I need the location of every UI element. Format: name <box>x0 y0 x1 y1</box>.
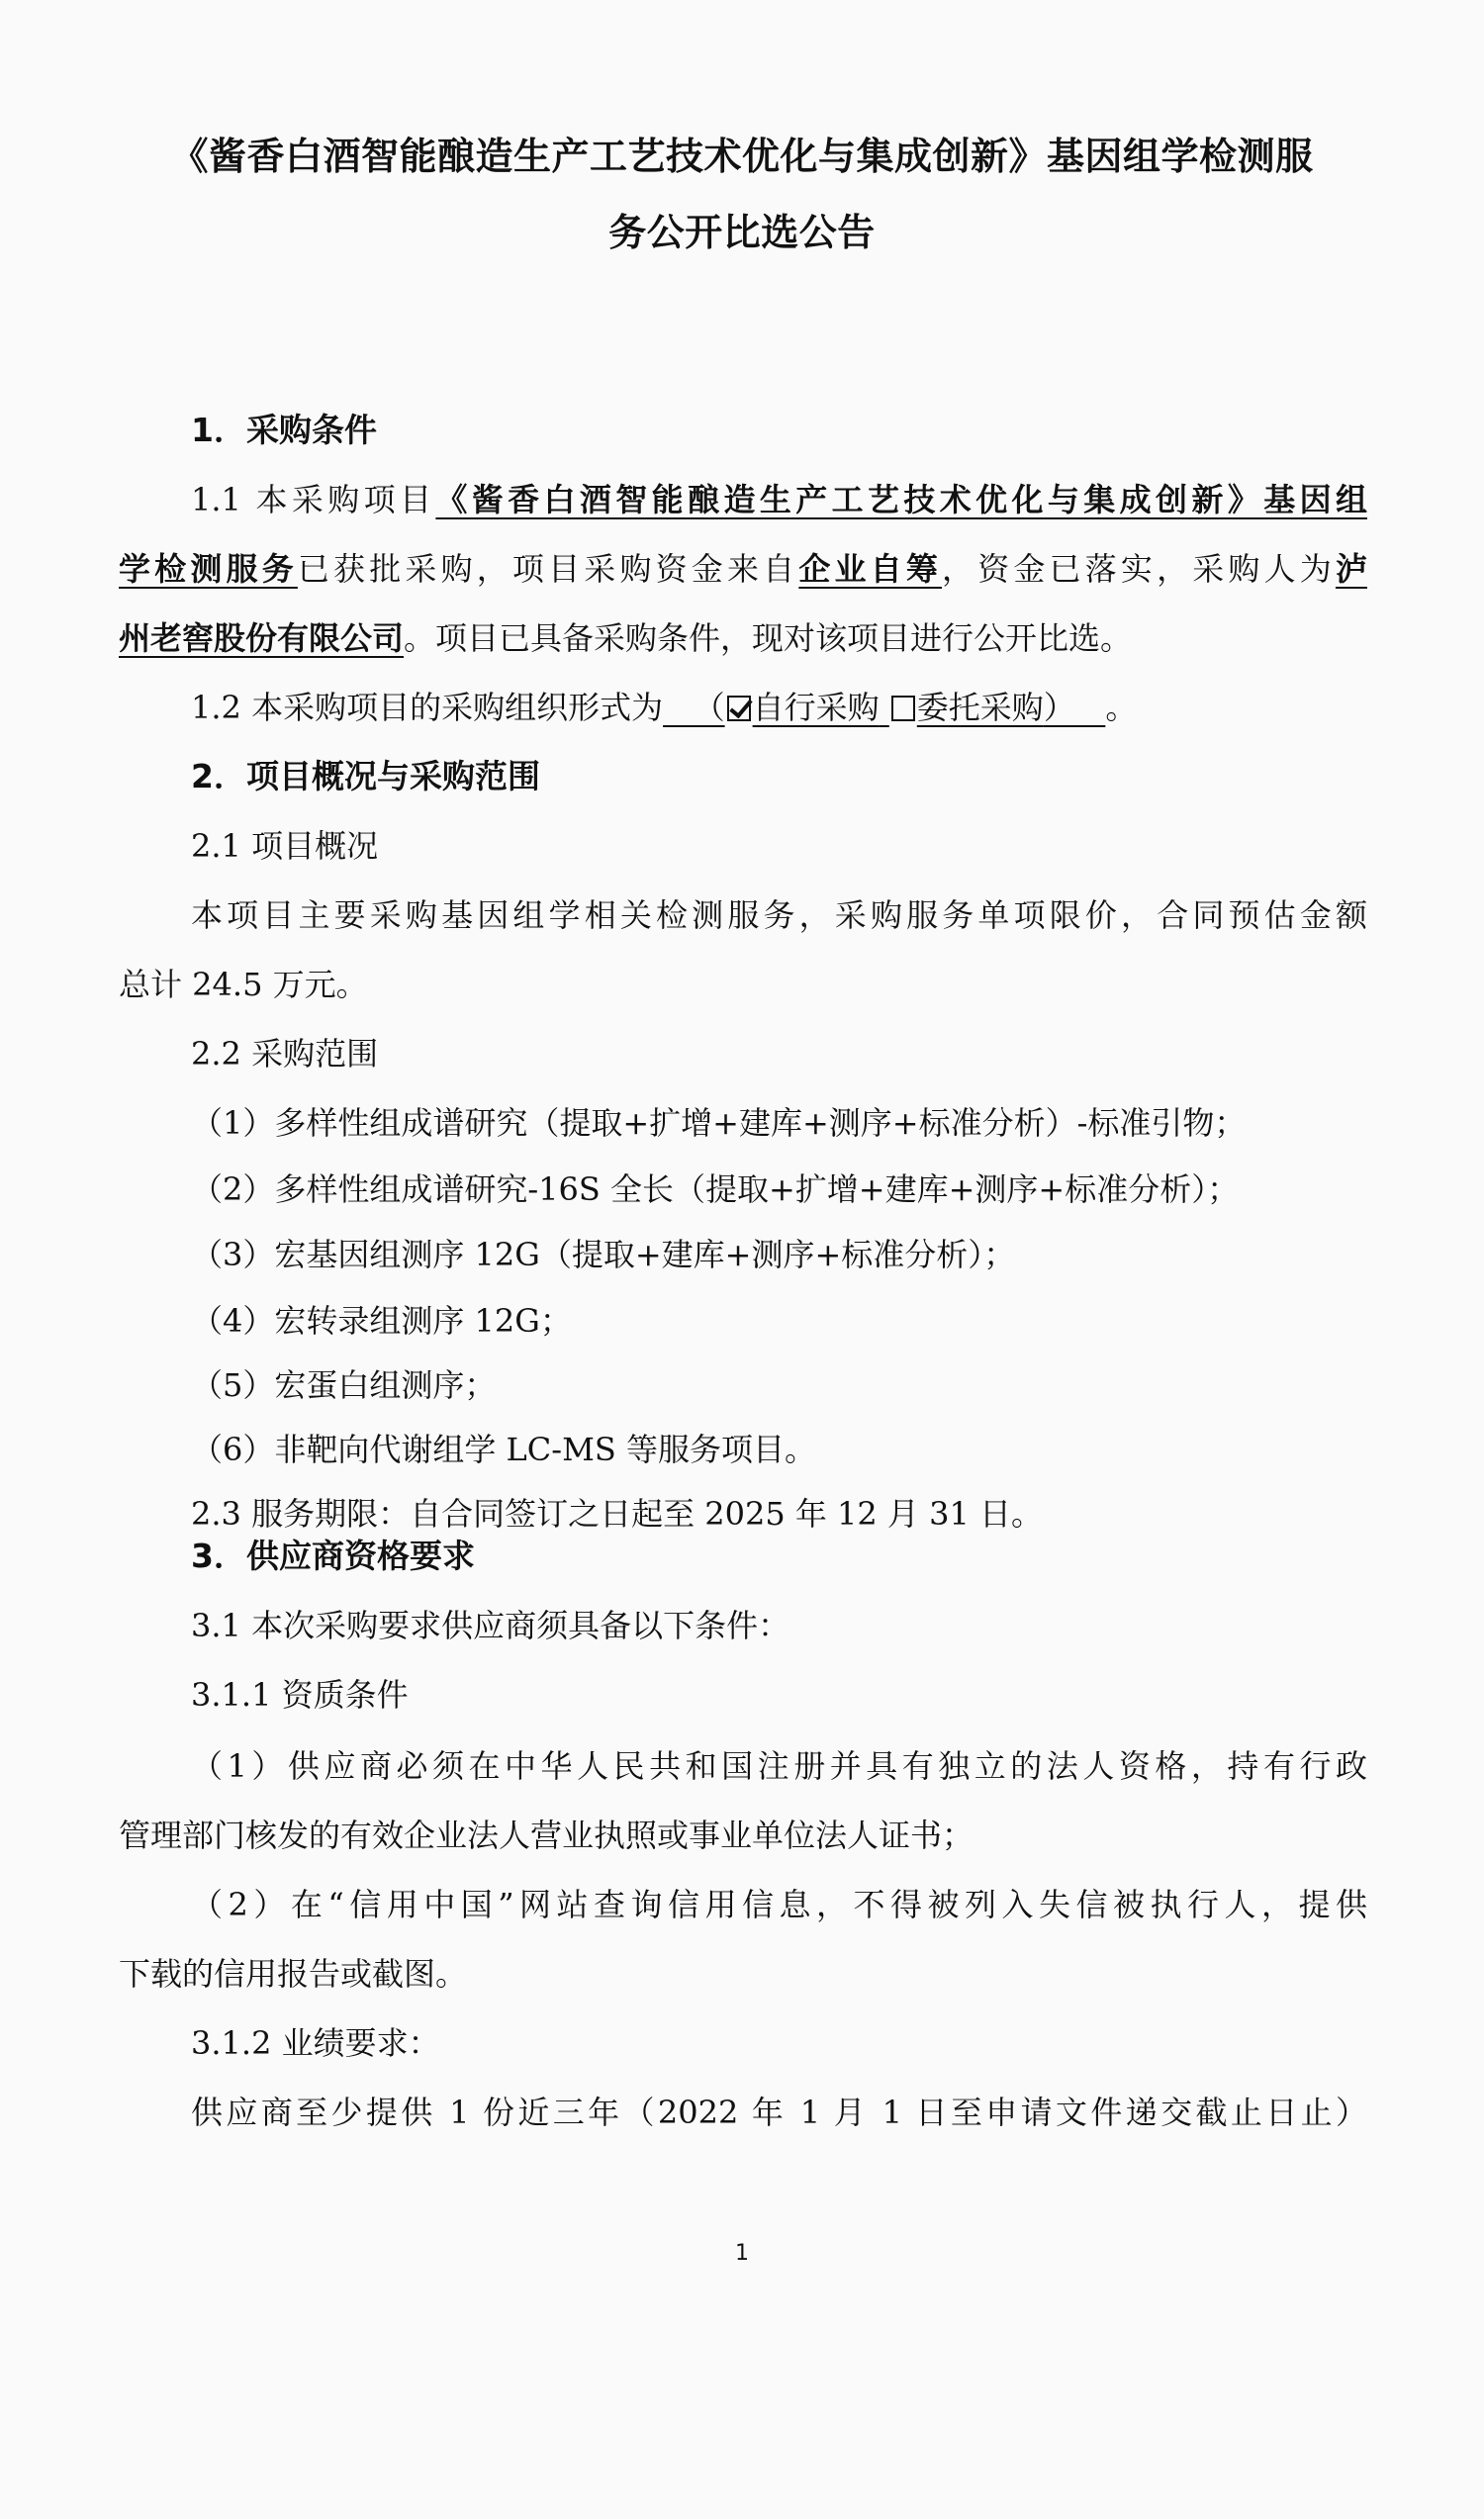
p12-prefix: 1.2 本采购项目的采购组织形式为 <box>191 689 663 726</box>
p11-text-2: ，资金已落实，采购人为 <box>942 550 1336 588</box>
fund-source: 企业自筹 <box>798 550 942 588</box>
paragraph-1-1-line-1: 1.1 本采购项目《酱香白酒智能酿造生产工艺技术优化与集成创新》基因组 <box>191 480 1367 519</box>
subheading-2-2: 2.2 采购范围 <box>191 1034 1367 1073</box>
subheading-3-1: 3.1 本次采购要求供应商须具备以下条件： <box>191 1606 1367 1645</box>
overview-line-2: 总计 24.5 万元。 <box>119 965 1367 1004</box>
document-title-line-1: 《酱香白酒智能酿造生产工艺技术优化与集成创新》基因组学检测服 <box>109 137 1375 176</box>
subheading-2-1: 2.1 项目概况 <box>191 826 1367 866</box>
section-heading-3: 3．供应商资格要求 <box>191 1537 1367 1576</box>
option-entrusted-procurement: 委托采购 <box>917 689 1044 726</box>
option-self-procurement: 自行采购 <box>753 689 880 726</box>
requirement-1-line-2: 管理部门核发的有效企业法人营业执照或事业单位法人证书； <box>119 1816 1367 1855</box>
project-name: 《酱香白酒智能酿造生产工艺技术优化与集成创新》基因组 <box>435 481 1367 518</box>
overview-line-1: 本项目主要采购基因组学相关检测服务，采购服务单项限价，合同预估金额 <box>191 895 1367 935</box>
procurement-form-field: （自行采购 委托采购） <box>663 688 1105 727</box>
paren-open: （ <box>663 689 725 726</box>
paren-close: ） <box>1044 689 1106 726</box>
requirement-2-line-2: 下载的信用报告或截图。 <box>119 1954 1367 1994</box>
requirement-1-line-1: （1）供应商必须在中华人民共和国注册并具有独立的法人资格，持有行政 <box>191 1746 1367 1786</box>
purchaser-name: 泸 <box>1336 550 1367 588</box>
service-period: 2.3 服务期限：自合同签订之日起至 2025 年 12 月 31 日。 <box>191 1494 1367 1534</box>
scope-item: （3）宏基因组测序 12G（提取+建库+测序+标准分析）； <box>191 1235 1439 1274</box>
document-title-line-2: 务公开比选公告 <box>109 213 1375 252</box>
scope-item: （5）宏蛋白组测序； <box>191 1365 1439 1405</box>
subheading-3-1-1: 3.1.1 资质条件 <box>191 1675 1367 1715</box>
project-name-cont: 学检测服务 <box>119 550 298 588</box>
p11-tail: 。项目已具备采购条件，现对该项目进行公开比选。 <box>404 619 1132 657</box>
paragraph-1-1-line-3: 州老窖股份有限公司。项目已具备采购条件，现对该项目进行公开比选。 <box>119 618 1367 658</box>
purchaser-name-cont: 州老窖股份有限公司 <box>119 619 404 657</box>
requirement-2-line-1: （2）在“信用中国”网站查询信用信息，不得被列入失信被执行人，提供 <box>191 1885 1367 1924</box>
scope-item: （2）多样性组成谱研究-16S 全长（提取+扩增+建库+测序+标准分析）； <box>191 1169 1439 1209</box>
p11-prefix: 1.1 本采购项目 <box>191 481 435 518</box>
scope-item: （1）多样性组成谱研究（提取+扩增+建库+测序+标准分析）-标准引物； <box>191 1103 1439 1143</box>
section-heading-1: 1．采购条件 <box>191 411 1367 450</box>
document-page: 《酱香白酒智能酿造生产工艺技术优化与集成创新》基因组学检测服 务公开比选公告 1… <box>0 0 1484 2519</box>
section-heading-2: 2．项目概况与采购范围 <box>191 757 1367 796</box>
scope-item: （6）非靶向代谢组学 LC-MS 等服务项目。 <box>191 1430 1439 1469</box>
scope-item: （4）宏转录组测序 12G； <box>191 1301 1439 1341</box>
p11-text: 已获批采购，项目采购资金来自 <box>298 550 798 588</box>
checkbox-entrusted-procurement-icon[interactable] <box>891 696 915 721</box>
paragraph-1-1-line-2: 学检测服务已获批采购，项目采购资金来自企业自筹，资金已落实，采购人为泸 <box>119 549 1367 589</box>
page-number: 1 <box>693 2241 791 2266</box>
p12-end: 。 <box>1105 689 1137 726</box>
subheading-3-1-2: 3.1.2 业绩要求： <box>191 2023 1367 2063</box>
paragraph-1-2: 1.2 本采购项目的采购组织形式为 （自行采购 委托采购） 。 <box>191 688 1367 727</box>
performance-requirement-line-1: 供应商至少提供 1 份近三年（2022 年 1 月 1 日至申请文件递交截止日止… <box>191 2093 1367 2132</box>
checkbox-self-procurement-icon[interactable] <box>727 696 751 721</box>
